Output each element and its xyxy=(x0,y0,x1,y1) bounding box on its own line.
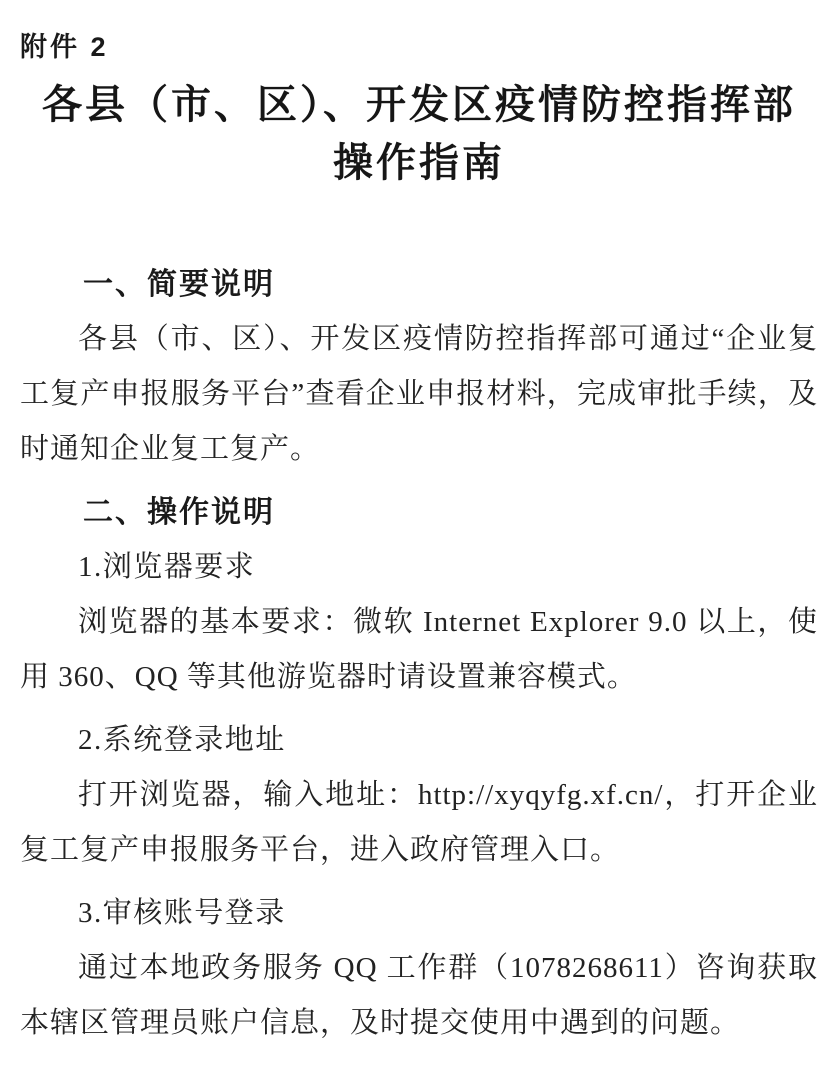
document-title-line2: 操作指南 xyxy=(20,134,818,192)
attachment-label: 附件 2 xyxy=(20,30,818,64)
subheading-browser-requirement: 1.浏览器要求 xyxy=(20,540,818,595)
item-browser-requirement: 1.浏览器要求 浏览器的基本要求：微软 Internet Explorer 9.… xyxy=(20,540,818,705)
section-heading-brief-description: 一、简要说明 xyxy=(20,257,818,312)
document-page: 附件 2 各县（市、区）、开发区疫情防控指挥部 操作指南 一、简要说明 各县（市… xyxy=(0,0,839,1091)
subheading-review-account-login: 3.审核账号登录 xyxy=(20,886,818,941)
section-heading-operation-description: 二、操作说明 xyxy=(20,485,818,540)
document-title: 各县（市、区）、开发区疫情防控指挥部 操作指南 xyxy=(20,76,818,192)
document-title-line1: 各县（市、区）、开发区疫情防控指挥部 xyxy=(20,76,818,134)
item-review-account-login: 3.审核账号登录 通过本地政务服务 QQ 工作群（1078268611）咨询获取… xyxy=(20,886,818,1051)
subheading-system-login-address: 2.系统登录地址 xyxy=(20,713,818,768)
item-system-login-address: 2.系统登录地址 打开浏览器，输入地址：http://xyqyfg.xf.cn/… xyxy=(20,713,818,878)
paragraph-review-account-login: 通过本地政务服务 QQ 工作群（1078268611）咨询获取本辖区管理员账户信… xyxy=(20,941,818,1051)
paragraph-system-login-address: 打开浏览器，输入地址：http://xyqyfg.xf.cn/，打开企业复工复产… xyxy=(20,768,818,878)
paragraph-browser-requirement: 浏览器的基本要求：微软 Internet Explorer 9.0 以上，使用 … xyxy=(20,595,818,705)
paragraph-brief-description: 各县（市、区）、开发区疫情防控指挥部可通过“企业复工复产申报服务平台”查看企业申… xyxy=(20,312,818,477)
